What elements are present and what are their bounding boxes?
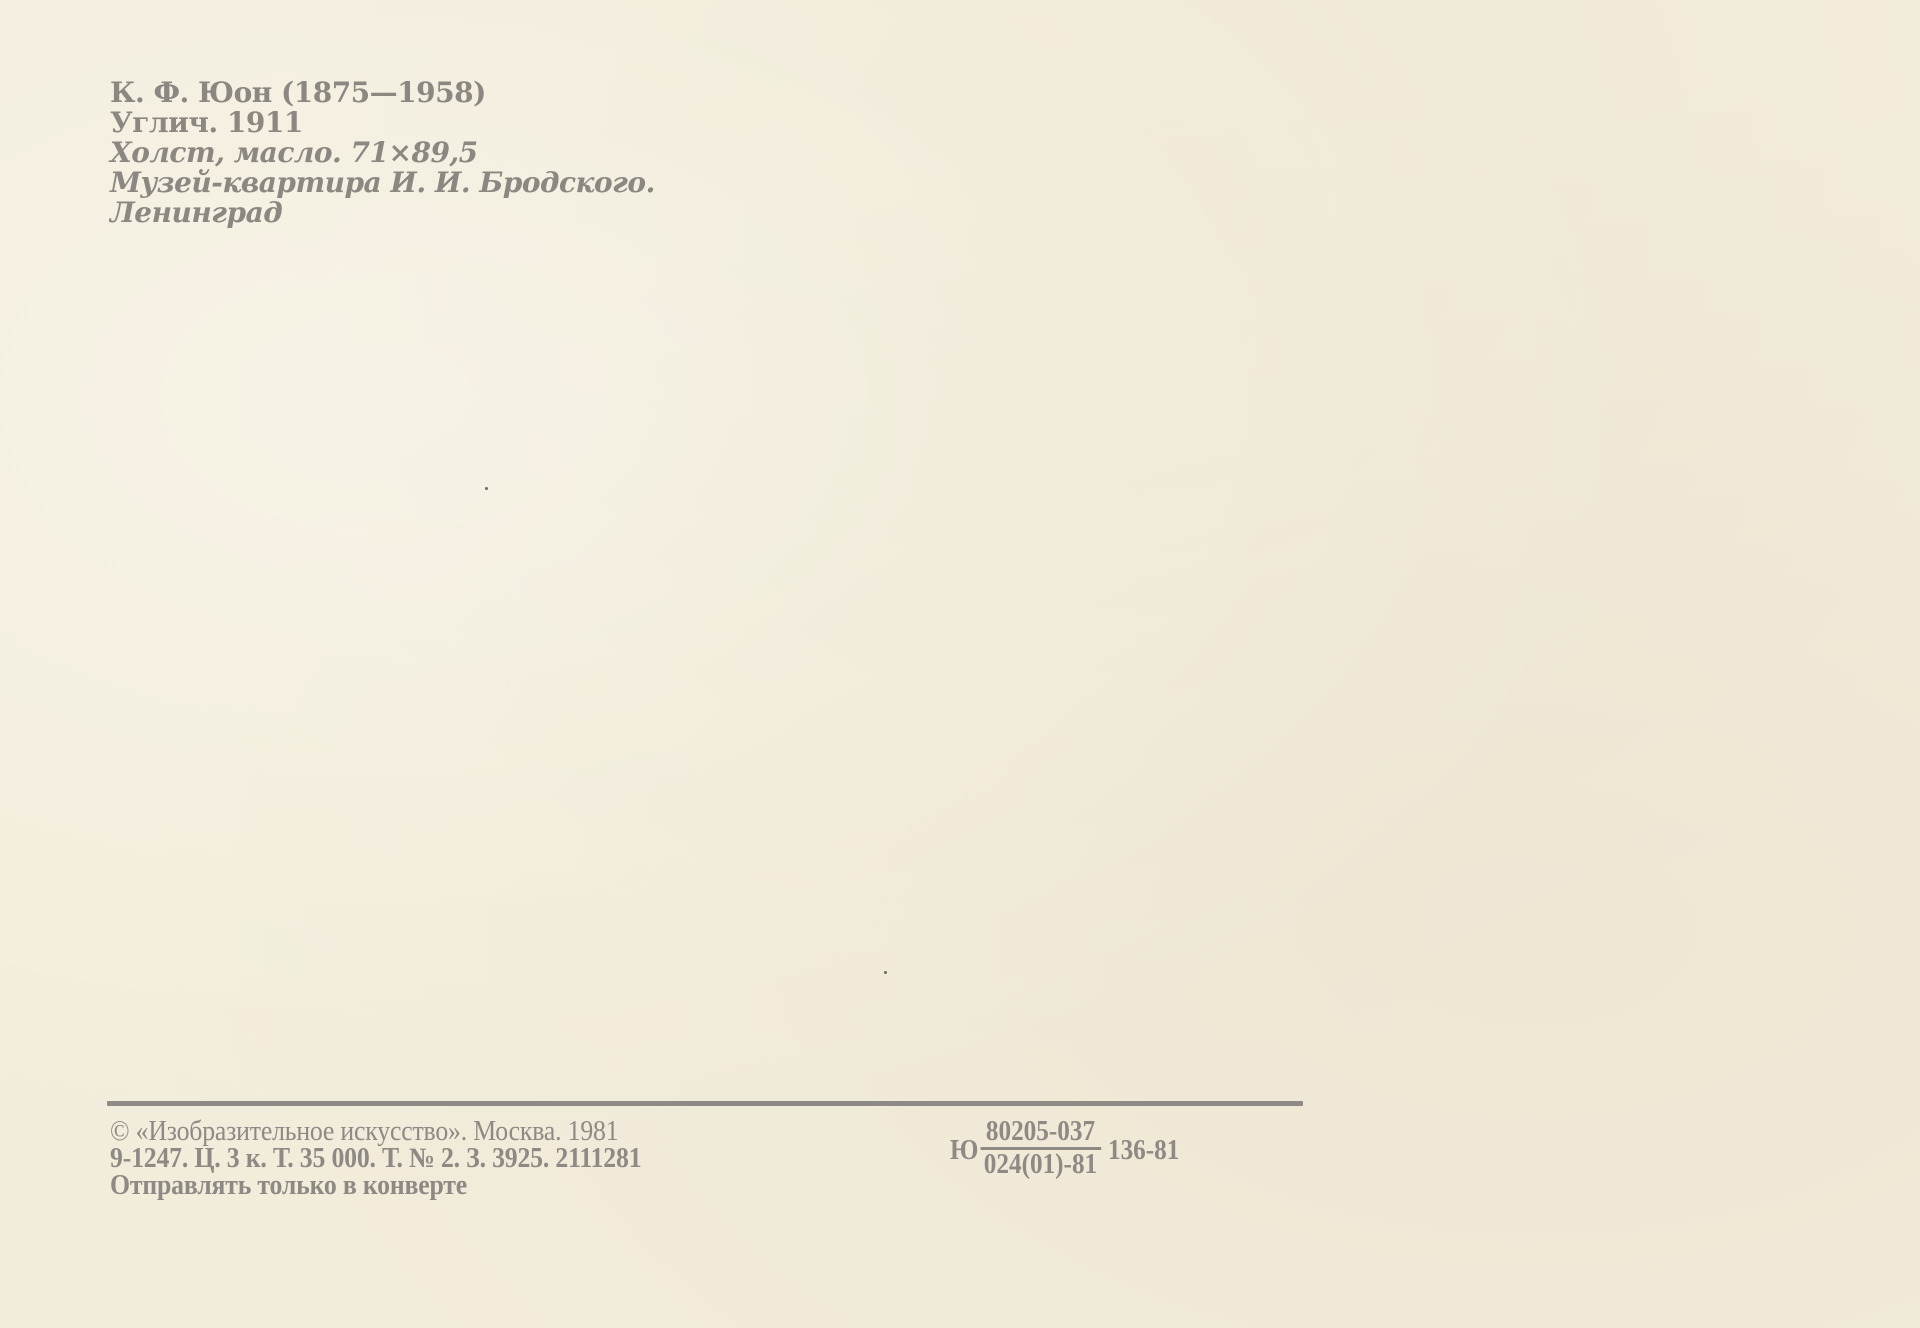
catalog-code-denominator: 024(01)-81 [980, 1151, 1101, 1179]
artist-name: К. Ф. Юон (1875—1958) [110, 78, 655, 108]
catalog-code-numerator: 80205-037 [982, 1118, 1098, 1146]
paper-speck [884, 971, 887, 974]
catalog-code: Ю 80205-037 024(01)-81 136-81 [950, 1118, 1179, 1179]
artwork-caption: К. Ф. Юон (1875—1958) Углич. 1911 Холст,… [110, 78, 655, 228]
imprint-divider [107, 1101, 1303, 1106]
publisher-line: © «Изобразительное искусство». Москва. 1… [110, 1118, 641, 1145]
artwork-city: Ленинград [110, 198, 655, 228]
catalog-code-prefix: Ю [950, 1135, 978, 1167]
artwork-medium-size: Холст, масло. 71×89,5 [110, 138, 655, 168]
artwork-collection: Музей-квартира И. И. Бродского. [110, 168, 655, 198]
mailing-note: Отправлять только в конверте [110, 1172, 641, 1199]
artwork-title-year: Углич. 1911 [110, 108, 655, 138]
publisher-imprint: © «Изобразительное искусство». Москва. 1… [110, 1118, 641, 1199]
print-details-line: 9-1247. Ц. 3 к. Т. 35 000. Т. № 2. З. 39… [110, 1145, 641, 1172]
paper-speck [485, 487, 488, 490]
catalog-code-suffix: 136-81 [1108, 1135, 1179, 1167]
catalog-code-fraction: 80205-037 024(01)-81 [980, 1118, 1101, 1179]
